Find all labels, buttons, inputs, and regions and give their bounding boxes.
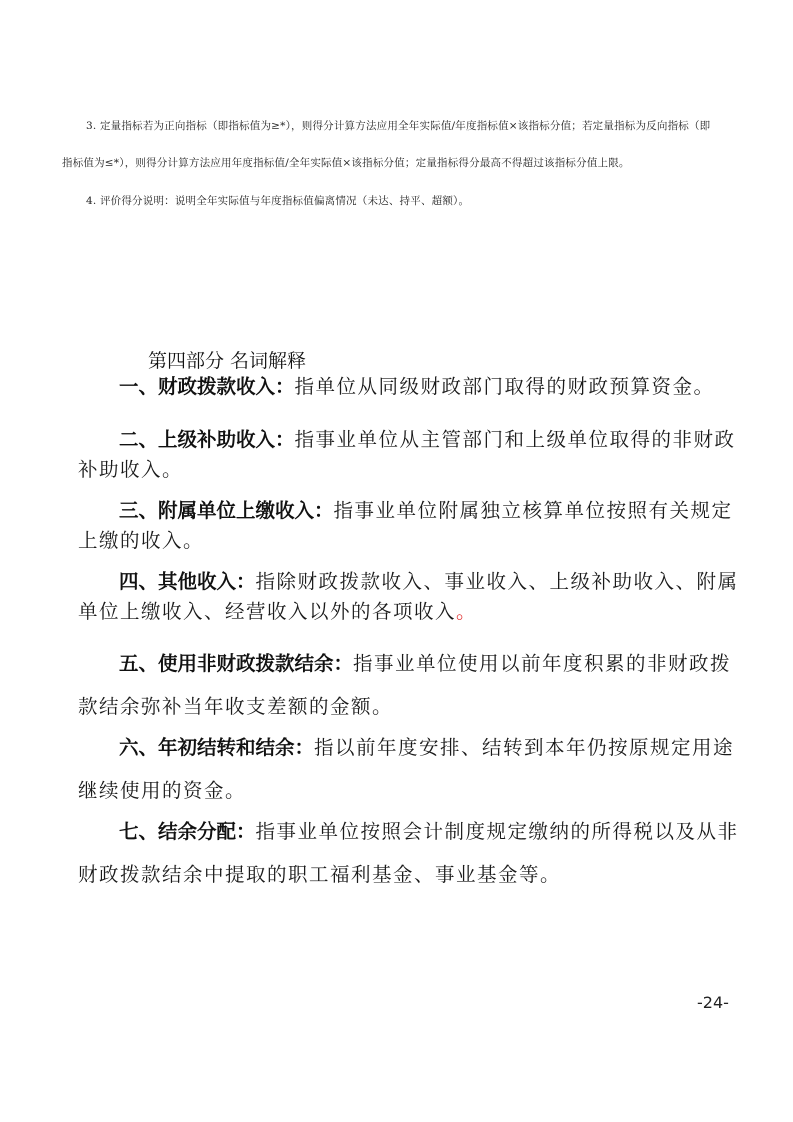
page-number: -24-	[697, 993, 729, 1012]
definition-4: 四、其他收入：指除财政拨款收入、事业收入、上级补助收入、附属单位上缴收入、经营收…	[78, 567, 746, 627]
definition-term: 一、财政拨款收入：	[119, 375, 295, 398]
definition-2: 二、上级补助收入：指事业单位从主管部门和上级单位取得的非财政补助收入。	[78, 425, 746, 485]
note-3-line-2: 指标值为≤*），则得分计算方法应用年度指标值/全年实际值×该指标分值；定量指标得…	[62, 155, 630, 170]
definition-7: 七、结余分配：指事业单位按照会计制度规定缴纳的所得税以及从非财政拨款结余中提取的…	[78, 810, 746, 896]
definition-1: 一、财政拨款收入：指单位从同级财政部门取得的财政预算资金。	[78, 372, 746, 402]
definition-text: 指单位从同级财政部门取得的财政预算资金。	[294, 375, 714, 398]
definition-6: 六、年初结转和结余：指以前年度安排、结转到本年仍按原规定用途继续使用的资金。	[78, 726, 746, 812]
definition-term: 五、使用非财政拨款结余：	[119, 652, 353, 675]
definition-term: 二、上级补助收入：	[119, 428, 295, 451]
section-heading: 第四部分 名词解释	[148, 346, 306, 373]
definition-term: 六、年初结转和结余：	[119, 736, 314, 759]
definition-term: 七、结余分配：	[119, 820, 256, 843]
definition-5: 五、使用非财政拨款结余：指事业单位使用以前年度积累的非财政拨款结余弥补当年收支差…	[78, 642, 746, 728]
definition-term: 四、其他收入：	[119, 570, 256, 593]
definition-3: 三、附属单位上缴收入：指事业单位附属独立核算单位按照有关规定上缴的收入。	[78, 496, 746, 556]
definition-term: 三、附属单位上缴收入：	[119, 499, 334, 522]
note-3-line-1: 3. 定量指标若为正向指标（即指标值为≥*），则得分计算方法应用全年实际值/年度…	[86, 118, 710, 133]
red-period: 。	[456, 600, 476, 623]
note-4: 4. 评价得分说明：说明全年实际值与年度指标值偏离情况（未达、持平、超额）。	[86, 193, 469, 208]
